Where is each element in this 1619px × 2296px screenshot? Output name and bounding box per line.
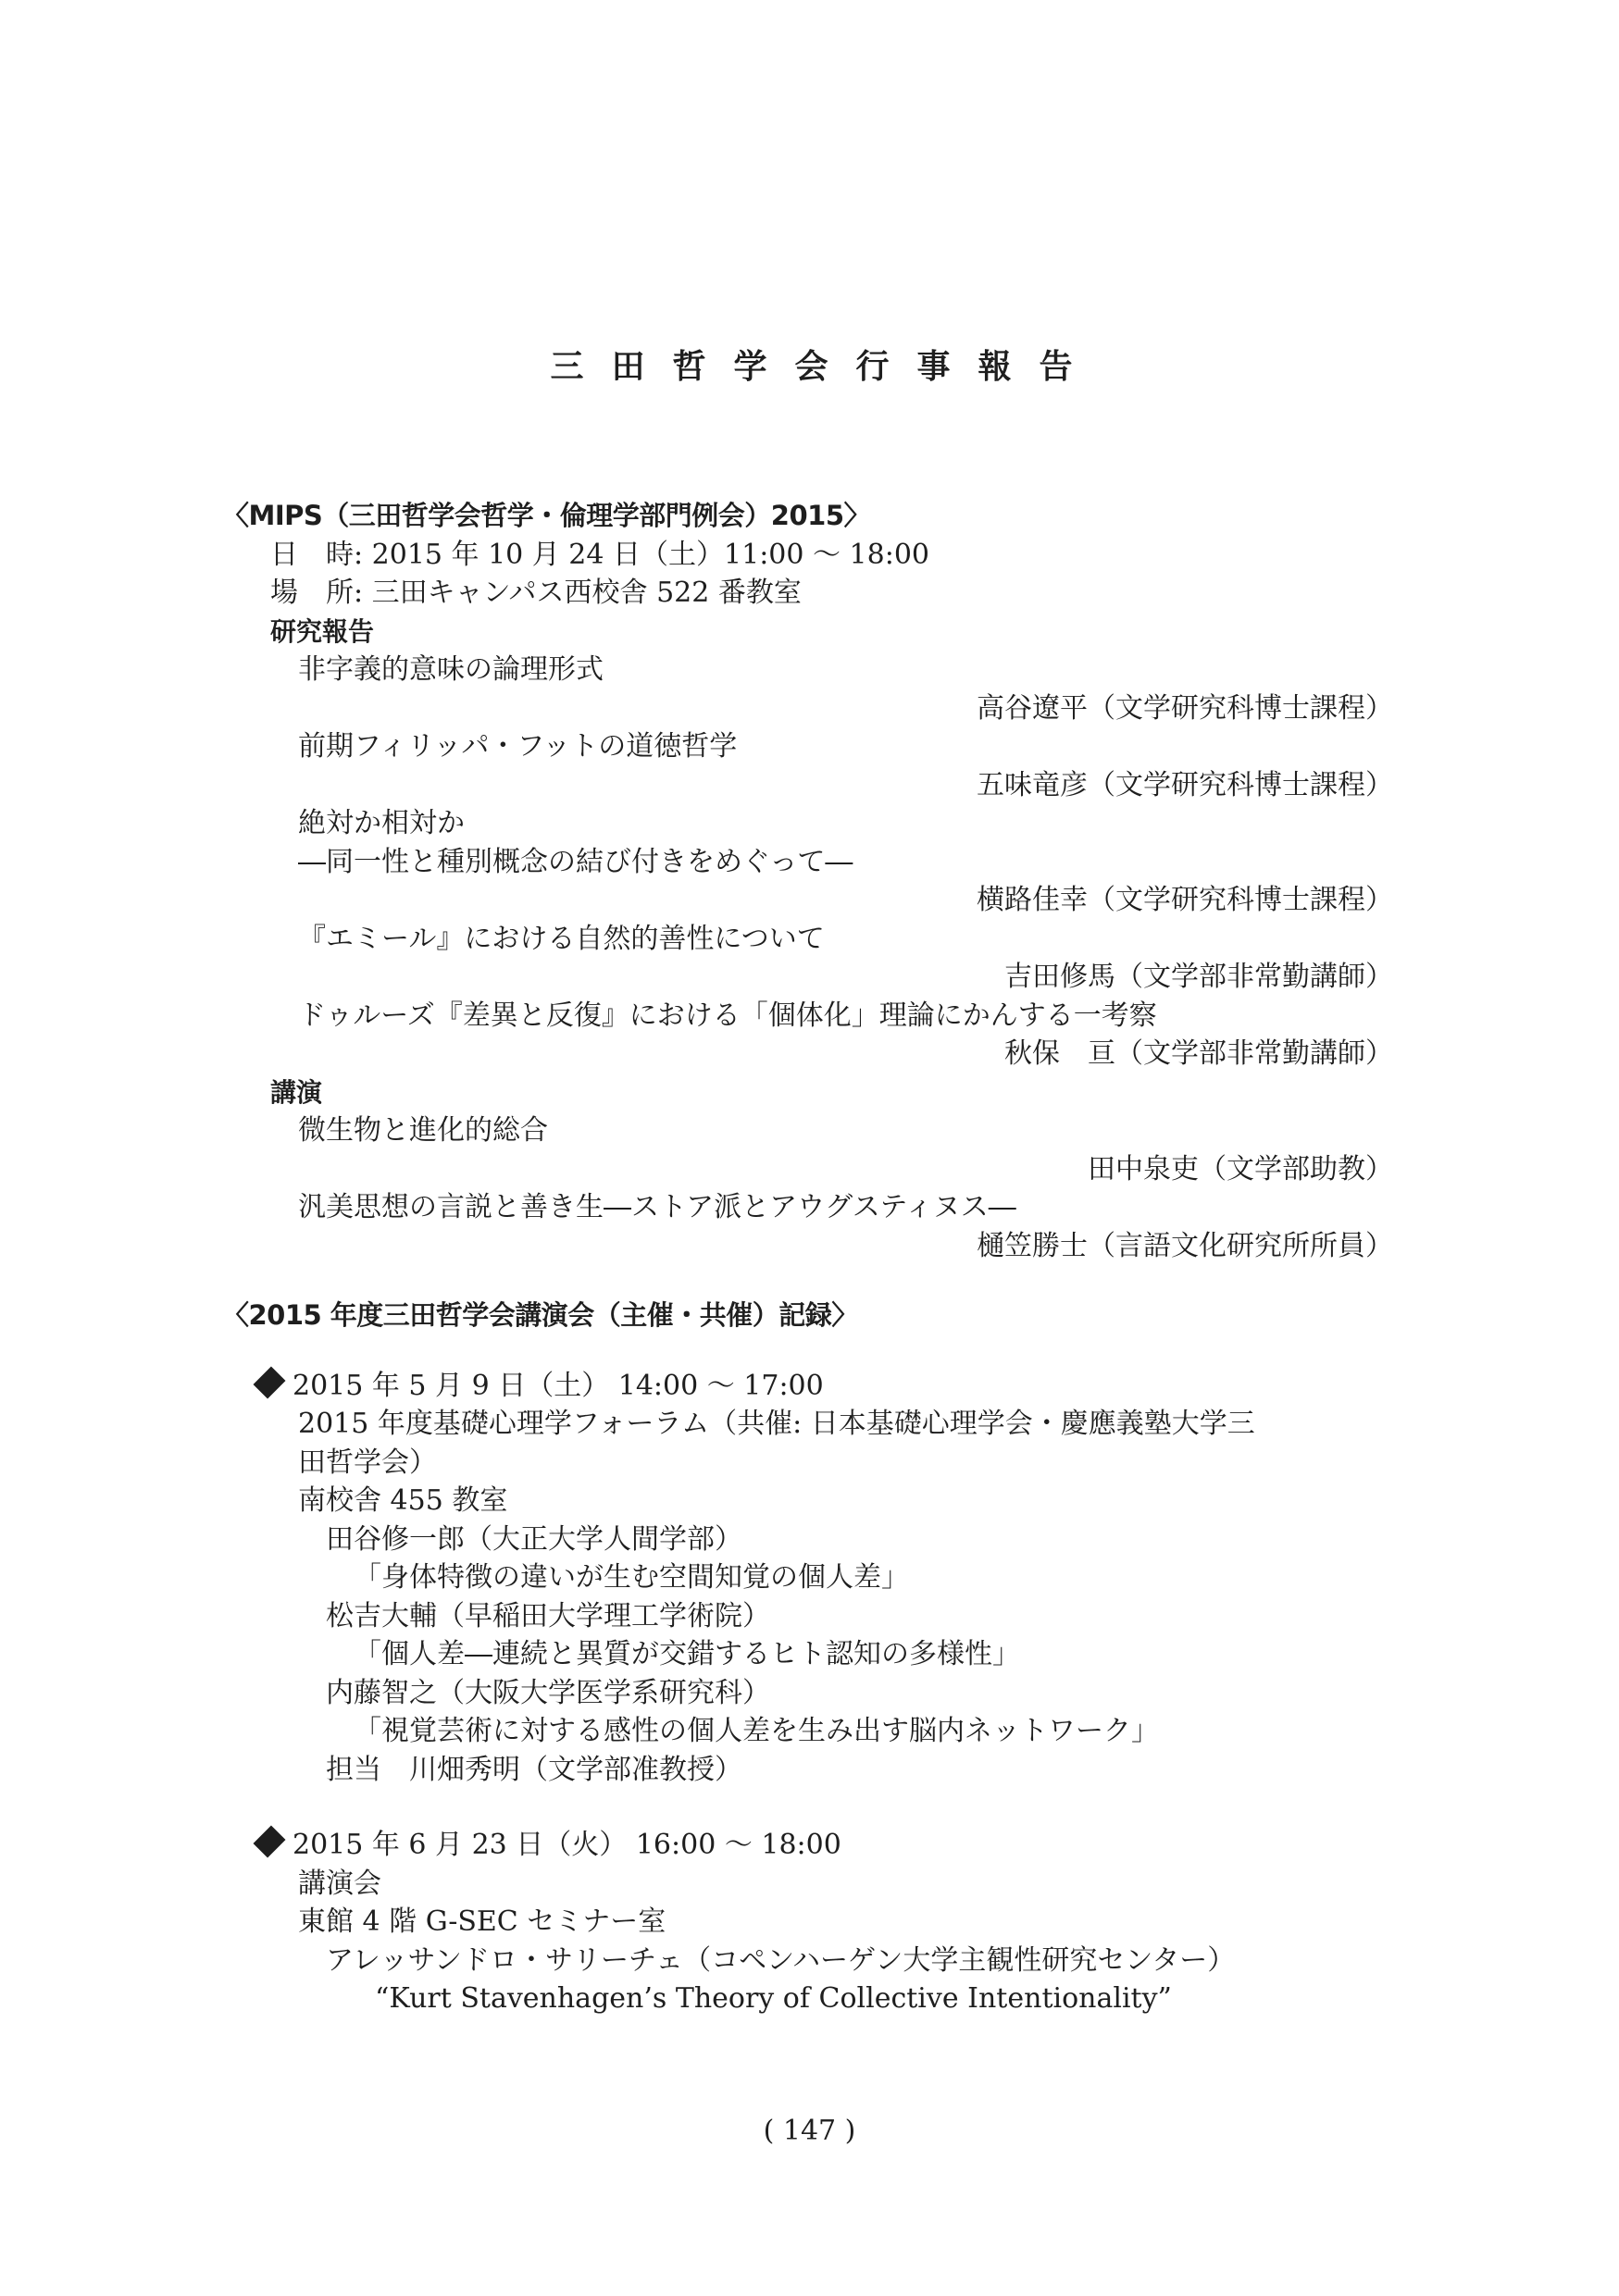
page-number: ( 147 ) xyxy=(0,2115,1619,2147)
lecture-title: 微生物と進化的総合 xyxy=(298,1111,1393,1150)
mips-datetime: 日 時: 2015 年 10 月 24 日（土）11:00 ～ 18:00 xyxy=(270,536,1393,575)
speaker-talk: 「視覚芸術に対する感性の個人差を生み出す脳内ネットワーク」 xyxy=(354,1712,1393,1751)
event-organizer: 担当 川畑秀明（文学部准教授） xyxy=(326,1751,1393,1790)
lectures-heading: 講演 xyxy=(270,1074,1393,1112)
speaker-talk: 「個人差―連続と異質が交錯するヒト認知の多様性」 xyxy=(354,1635,1393,1674)
report-title: 『エミール』における自然的善性について xyxy=(298,920,1393,959)
speaker-name: 田谷修一郎（大正大学人間学部） xyxy=(326,1520,1393,1559)
event-datetime: 2015 年 6 月 23 日（火） 16:00 ～ 18:00 xyxy=(222,1826,1393,1865)
event-venue: 東館 4 階 G-SEC セミナー室 xyxy=(298,1903,1393,1942)
event-title: 講演会 xyxy=(298,1865,1393,1904)
report-presenter: 秋保 亘（文学部非常勤講師） xyxy=(222,1035,1393,1074)
report-title: 前期フィリッパ・フットの道徳哲学 xyxy=(298,727,1393,766)
report-title: ドゥルーズ『差異と反復』における「個体化」理論にかんする一考察 xyxy=(298,997,1393,1036)
mips-venue: 場 所: 三田キャンパス西校舎 522 番教室 xyxy=(270,574,1393,613)
report-body: 〈MIPS（三田哲学会哲学・倫理学部門例会）2015〉 日 時: 2015 年 … xyxy=(222,497,1393,2018)
diamond-bullet-icon xyxy=(253,1366,285,1398)
lecture-presenter: 樋笠勝士（言語文化研究所所員） xyxy=(222,1227,1393,1266)
speaker-name: 内藤智之（大阪大学医学系研究科） xyxy=(326,1674,1393,1713)
report-presenter: 横路佳幸（文学研究科博士課程） xyxy=(222,881,1393,920)
speaker-talk: “Kurt Stavenhagen’s Theory of Collective… xyxy=(375,1980,1393,2018)
event-title: 2015 年度基礎心理学フォーラム（共催: 日本基礎心理学会・慶應義塾大学三 xyxy=(298,1405,1393,1444)
lectures-2015-heading: 〈2015 年度三田哲学会講演会（主催・共催）記録〉 xyxy=(222,1297,1393,1335)
event-datetime: 2015 年 5 月 9 日（土） 14:00 ～ 17:00 xyxy=(222,1367,1393,1406)
research-reports-heading: 研究報告 xyxy=(270,613,1393,652)
event-venue: 南校舎 455 教室 xyxy=(298,1482,1393,1520)
lecture-presenter: 田中泉吏（文学部助教） xyxy=(222,1150,1393,1189)
speaker-talk: 「身体特徴の違いが生む空間知覚の個人差」 xyxy=(354,1558,1393,1597)
report-presenter: 吉田修馬（文学部非常勤講師） xyxy=(222,958,1393,997)
report-presenter: 五味竜彦（文学研究科博士課程） xyxy=(222,766,1393,805)
mips-heading: 〈MIPS（三田哲学会哲学・倫理学部門例会）2015〉 xyxy=(222,497,1393,536)
event-title-cont: 田哲学会） xyxy=(298,1444,1393,1483)
lecture-title: 汎美思想の言説と善き生―ストア派とアウグスティヌス― xyxy=(298,1188,1393,1227)
diamond-bullet-icon xyxy=(253,1825,285,1857)
report-subtitle: ―同一性と種別概念の結び付きをめぐって― xyxy=(298,843,1393,882)
report-title: 非字義的意味の論理形式 xyxy=(298,651,1393,689)
speaker-name: アレッサンドロ・サリーチェ（コペンハーゲン大学主観性研究センター） xyxy=(326,1942,1393,1980)
speaker-name: 松吉大輔（早稲田大学理工学術院） xyxy=(326,1597,1393,1636)
report-presenter: 高谷遼平（文学研究科博士課程） xyxy=(222,689,1393,728)
page-title: 三田哲学会行事報告 xyxy=(0,341,1619,388)
report-title: 絶対か相対か xyxy=(298,804,1393,843)
